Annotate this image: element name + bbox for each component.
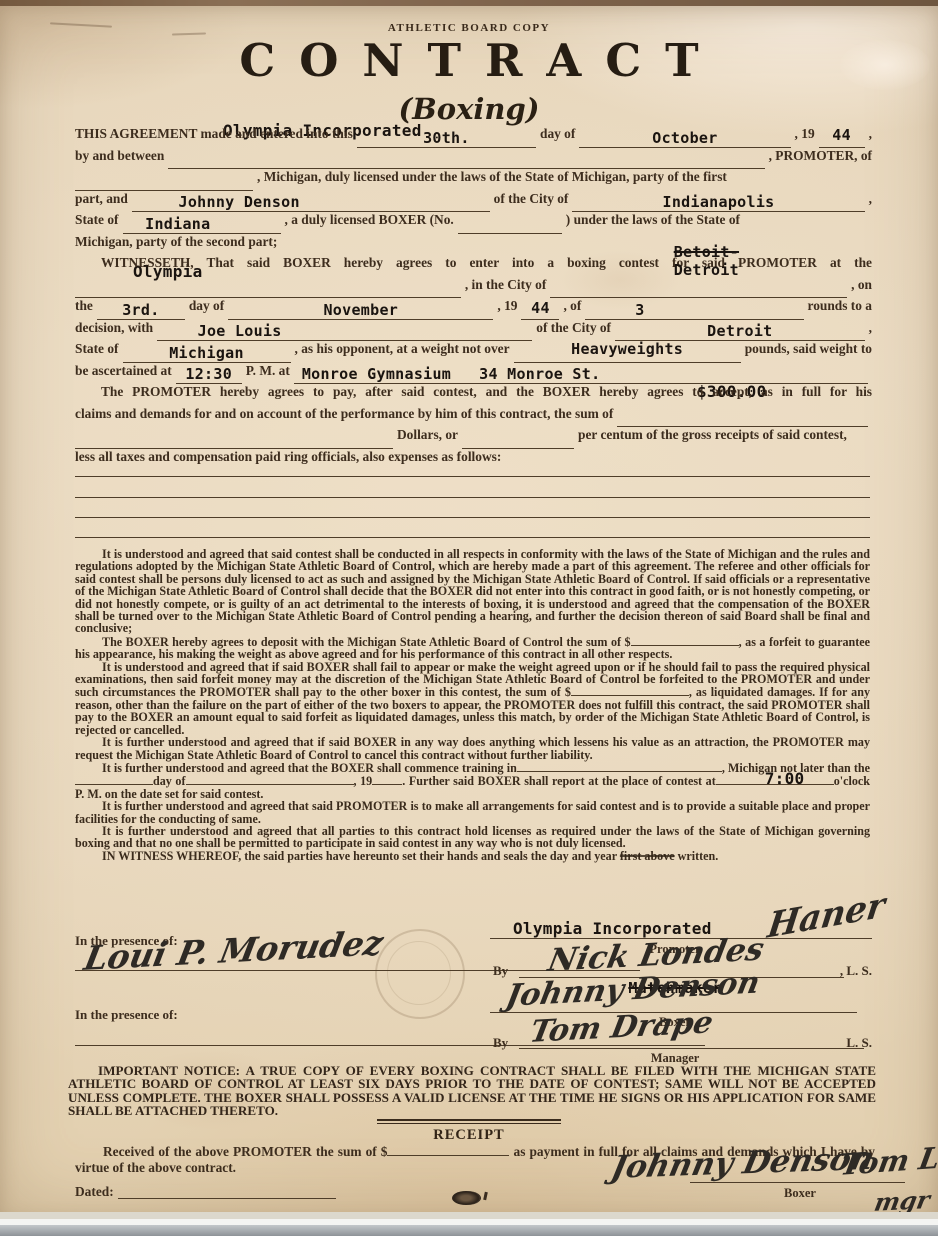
printed-text: The PROMOTER hereby agrees to pay, after… xyxy=(101,384,872,399)
printed-text: WITNESSETH, That said BOXER hereby agree… xyxy=(101,255,872,270)
printed-text: , xyxy=(869,126,872,142)
printed-text: decision, with xyxy=(75,320,153,336)
printed-text: , in the City of xyxy=(465,277,546,293)
term-paragraph-failure-to-appear: It is understood and agreed that if said… xyxy=(75,661,870,736)
blank-sum xyxy=(617,406,868,428)
embossed-seal-inner xyxy=(387,941,451,1005)
typed-opponent-city: Detroit xyxy=(707,322,772,340)
printed-text: , xyxy=(869,320,872,336)
payment-line-2: claims and demands for and on account of… xyxy=(75,406,872,428)
printed-text: , on xyxy=(851,277,872,293)
boxing-subtitle: (Boxing) xyxy=(0,92,938,126)
printed-text: of the City of xyxy=(536,320,611,336)
form-line-3: , Michigan, duly licensed under the laws… xyxy=(75,169,872,191)
typed-opponent: Joe Louis xyxy=(198,322,282,340)
typed-contest-month: November xyxy=(323,301,398,319)
term-paragraph-conformity: It is understood and agreed that said co… xyxy=(75,548,870,635)
receipt-heading: RECEIPT xyxy=(0,1127,938,1144)
witnesseth-line-5: State of Michigan , as his opponent, at … xyxy=(75,341,872,363)
printed-text: , 19 xyxy=(497,298,517,314)
printed-text-struck: first above xyxy=(620,849,675,863)
witnesseth-line-3: the 3rd. day of November , 19 44 , of 3 … xyxy=(75,298,872,320)
blank-weigh-place: Monroe Gymnasium 34 Monroe St. xyxy=(294,363,868,385)
printed-text: , Michigan, duly licensed under the laws… xyxy=(257,169,727,185)
printed-text: , a duly licensed BOXER (No. xyxy=(285,212,454,228)
ls-label-2: L. S. xyxy=(846,1035,872,1051)
printed-text: It is further understood and agreed that… xyxy=(75,735,870,761)
typed-city: Detroit xyxy=(674,261,739,279)
printed-text: per centum of the gross receipts of said… xyxy=(578,427,847,443)
printed-text: day of xyxy=(540,126,575,142)
expense-blank-line xyxy=(75,476,870,477)
blank-opponent: Joe Louis xyxy=(157,320,532,342)
blank-training-city xyxy=(517,761,722,772)
typed-city-strikethrough: Betoit- xyxy=(674,243,739,261)
blank-venue xyxy=(75,277,461,299)
blank-weigh-time: 12:30 xyxy=(176,363,242,385)
receipt-boxer-line xyxy=(690,1182,905,1183)
typed-month: October xyxy=(652,129,717,147)
printed-text: P. M. at xyxy=(246,363,290,379)
blank-dated xyxy=(118,1184,336,1199)
printed-text: the xyxy=(75,298,93,314)
expense-blank-line xyxy=(75,537,870,538)
blank-opponent-city: Detroit xyxy=(615,320,865,342)
form-line-4: part, and Johnny Denson of the City of I… xyxy=(75,191,872,213)
receipt-divider xyxy=(377,1119,561,1124)
dated-label: Dated: xyxy=(75,1184,114,1200)
printed-text: written. xyxy=(675,849,719,863)
term-paragraph-licenses: It is further understood and agreed that… xyxy=(75,825,870,850)
athletic-board-copy-label: ATHLETIC BOARD COPY xyxy=(0,22,938,34)
blank-day: 30th. xyxy=(357,126,536,148)
blank-promoter xyxy=(168,148,764,170)
paper-top-edge xyxy=(0,0,938,6)
typed-weight-class: Heavyweights xyxy=(571,340,683,358)
term-paragraph-training: It is further understood and agreed that… xyxy=(75,761,870,800)
form-line-5: State of Indiana , a duly licensed BOXER… xyxy=(75,212,872,234)
typed-boxer-name: Johnny Denson xyxy=(179,193,300,211)
witnesseth-line-1: WITNESSETH, That said BOXER hereby agree… xyxy=(75,255,872,277)
typed-weigh-time: 12:30 xyxy=(185,365,232,383)
blank-contest-month: November xyxy=(228,298,493,320)
typed-weigh-place: Monroe Gymnasium 34 Monroe St. xyxy=(302,365,601,383)
expense-blank-line xyxy=(75,517,870,518)
form-line-6: Michigan, party of the second part; xyxy=(75,234,872,256)
witnesseth-line-2: , in the City of Betoit- Detroit , on xyxy=(75,277,872,299)
typed-boxer-city: Indianapolis xyxy=(663,193,775,211)
manager-sign-line xyxy=(519,1048,864,1049)
dated-row: Dated: xyxy=(75,1184,340,1200)
blank-report-time: 7:00 xyxy=(716,774,834,785)
receipt-boxer-label: Boxer xyxy=(740,1186,860,1201)
blank-contest-city: Betoit- Detroit xyxy=(550,277,847,299)
blank-forfeit-sum xyxy=(631,635,739,646)
printed-text: , of xyxy=(563,298,581,314)
in-witness-whereof-line: IN WITNESS WHEREOF, the said parties hav… xyxy=(75,850,870,862)
typed-day: 30th. xyxy=(423,129,470,147)
term-paragraph-forfeit-deposit: The BOXER hereby agrees to deposit with … xyxy=(75,635,870,661)
blank-receipt-sum xyxy=(387,1143,509,1156)
blank-month: October xyxy=(579,126,790,148)
union-bug-stamp xyxy=(452,1191,480,1205)
printed-text: THIS AGREEMENT made and entered into thi… xyxy=(75,126,353,142)
by-label-1: By xyxy=(493,963,508,979)
printed-text: pounds, said weight to xyxy=(745,341,872,357)
term-paragraph-lessened-value: It is further understood and agreed that… xyxy=(75,736,870,761)
blank-training-year xyxy=(372,774,402,785)
printed-text: day of xyxy=(189,298,224,314)
contract-title: CONTRACT xyxy=(0,34,938,87)
ls-label-1: , L. S. xyxy=(840,963,872,979)
witnesseth-line-4: decision, with Joe Louis of the City of … xyxy=(75,320,872,342)
printed-text: Michigan, party of the second part; xyxy=(75,234,277,250)
blank-training-month xyxy=(186,774,354,785)
blank-contest-year: 44 xyxy=(521,298,559,320)
printed-text: , as his opponent, at a weight not over xyxy=(295,341,510,357)
blank-opponent-state: Michigan xyxy=(123,341,291,363)
typed-contest-day: 3rd. xyxy=(122,301,159,319)
expense-blank-line xyxy=(75,497,870,498)
printed-text: State of xyxy=(75,212,119,228)
printed-text: IN WITNESS WHEREOF, the said parties hav… xyxy=(102,849,620,863)
printed-text: of the City of xyxy=(494,191,569,207)
printed-text: by and between xyxy=(75,148,164,164)
blank-rounds: 3 xyxy=(585,298,803,320)
printed-text: , xyxy=(869,191,872,207)
blank-promoter-city xyxy=(75,169,253,191)
blank-percentum xyxy=(462,427,574,449)
blank-contest-day: 3rd. xyxy=(97,298,185,320)
contract-form: Olympia Incorporated Olympia $300.00 THI… xyxy=(75,126,872,470)
typed-opponent-state: Michigan xyxy=(169,344,244,362)
typed-contest-year: 44 xyxy=(531,299,550,317)
printed-text: It is further understood and agreed that… xyxy=(75,799,870,825)
printed-text: part, and xyxy=(75,191,128,207)
form-line-2: by and between , PROMOTER, of xyxy=(75,148,872,170)
terms-section: It is understood and agreed that said co… xyxy=(75,548,870,862)
typed-rounds: 3 xyxy=(635,301,644,319)
printed-text: less all taxes and compensation paid rin… xyxy=(75,449,501,465)
printed-text: Dollars, or xyxy=(397,427,458,443)
blank-boxer-city: Indianapolis xyxy=(572,191,864,213)
holder-edge-grey xyxy=(0,1225,938,1236)
payment-line-1: The PROMOTER hereby agrees to pay, after… xyxy=(75,384,872,406)
printed-text: , 19 xyxy=(795,126,815,142)
printed-text: claims and demands for and on account of… xyxy=(75,406,613,422)
typed-report-time: 7:00 xyxy=(738,773,805,785)
important-notice: IMPORTANT NOTICE: A TRUE COPY OF EVERY B… xyxy=(68,1064,876,1118)
typed-year: 44 xyxy=(832,126,851,144)
boxer-signature: Johnny Denson xyxy=(503,965,763,1014)
form-line-1: THIS AGREEMENT made and entered into thi… xyxy=(75,126,872,148)
printed-text: Received of the above PROMOTER the sum o… xyxy=(75,1144,387,1159)
printed-text: , PROMOTER, of xyxy=(769,148,872,164)
payment-line-3: Dollars, or per centum of the gross rece… xyxy=(75,427,872,449)
witnesseth-line-6: be ascertained at 12:30 P. M. at Monroe … xyxy=(75,363,872,385)
printed-text: It is further understood and agreed that… xyxy=(102,761,517,775)
blank-boxer-name: Johnny Denson xyxy=(132,191,490,213)
blank-weight: Heavyweights xyxy=(514,341,741,363)
printed-text: be ascertained at xyxy=(75,363,172,379)
holder-edge-light xyxy=(0,1212,938,1219)
printed-text: State of xyxy=(75,341,119,357)
by-label-2: By xyxy=(493,1035,508,1051)
term-paragraph-arrangements: It is further understood and agreed that… xyxy=(75,800,870,825)
printed-text: rounds to a xyxy=(808,298,873,314)
printed-text: , 19 xyxy=(354,774,373,788)
blank-liquidated-damages xyxy=(571,685,689,696)
blank-boxer-state: Indiana xyxy=(123,212,281,234)
blank-year: 44 xyxy=(819,126,865,148)
typed-boxer-state: Indiana xyxy=(145,215,210,233)
payment-line-4: less all taxes and compensation paid rin… xyxy=(75,449,872,471)
presence-label-2: In the presence of: xyxy=(75,1007,178,1023)
blank-training-day xyxy=(75,774,153,785)
typed-contest-city: Betoit- Detroit xyxy=(599,225,739,297)
blank-license-no xyxy=(458,212,562,234)
blank-dollars xyxy=(75,427,393,449)
printed-text: It is understood and agreed that said co… xyxy=(75,547,870,635)
signature-section: In the presence of: Loui P. Morudez In t… xyxy=(75,921,872,1067)
printed-text: It is further understood and agreed that… xyxy=(75,824,870,850)
printed-text: . Further said BOXER shall report at the… xyxy=(402,774,716,788)
